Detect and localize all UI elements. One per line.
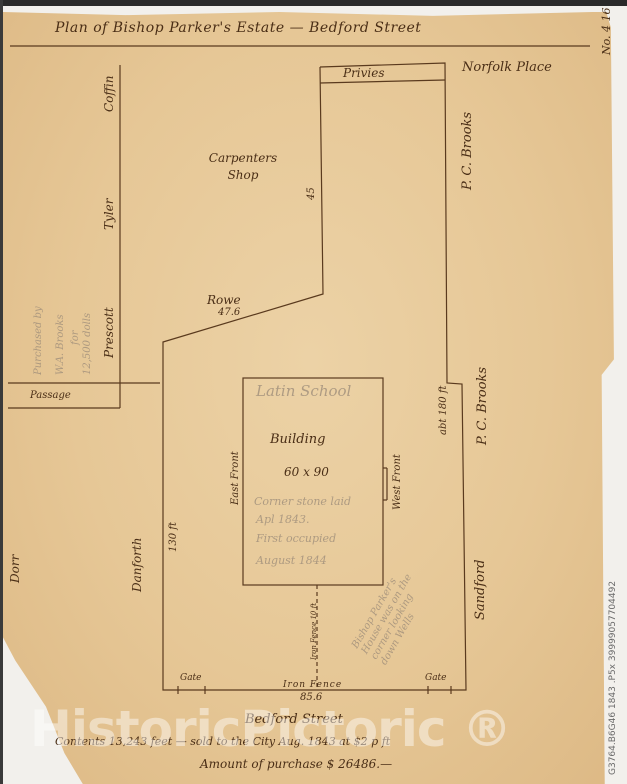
neighbor-danforth: Danforth xyxy=(130,538,144,592)
corner-note: No. 4 16 xyxy=(600,7,613,55)
neighbor-coffin: Coffin xyxy=(102,76,116,112)
iron-fence-label: Iron Fence xyxy=(283,680,342,690)
rowe-label: Rowe xyxy=(207,293,241,307)
neighbor-tyler: Tyler xyxy=(102,199,116,230)
gate-left-label: Gate xyxy=(180,673,202,683)
neighbor-pc-brooks-top: P. C. Brooks xyxy=(460,112,475,190)
building-note-2: Apl 1843. xyxy=(256,513,310,526)
neighbor-dorr: Dorr xyxy=(8,555,22,583)
dim-45: 45 xyxy=(306,187,317,200)
dim-180ft: abt 180 ft xyxy=(438,385,449,435)
passage-label: Passage xyxy=(30,390,71,401)
watermark: HistoricPictoric ® xyxy=(30,700,511,758)
norfolk-place-label: Norfolk Place xyxy=(462,60,552,75)
neighbor-sandford: Sandford xyxy=(473,559,488,620)
building-note-4: August 1844 xyxy=(256,554,327,567)
building-note-1: Corner stone laid xyxy=(254,495,351,508)
iron-fence-vertical-label: Iron Fence 10 ft xyxy=(310,603,318,660)
building-pencil-title: Latin School xyxy=(256,382,351,400)
footer-line-2: Amount of purchase $ 26486.— xyxy=(200,757,392,771)
left-note-2: W.A. Brooks xyxy=(55,314,66,375)
building-label: Building xyxy=(270,432,325,447)
dim-130ft: 130 ft xyxy=(168,522,179,552)
left-note-3: for xyxy=(70,330,81,345)
building-size: 60 x 90 xyxy=(284,465,329,479)
privies-label: Privies xyxy=(343,66,385,80)
east-front-label: East Front xyxy=(230,451,241,505)
neighbor-prescott: Prescott xyxy=(102,307,116,358)
carpenters-shop-label: Carpenters Shop xyxy=(198,150,288,184)
catalog-stamp: G3764.B6G46 1843 .P5x 39999057704492 xyxy=(608,581,618,775)
document-title: Plan of Bishop Parker's Estate — Bedford… xyxy=(55,20,421,36)
left-note-4: 12,500 dolls xyxy=(82,313,93,375)
west-front-label: West Front xyxy=(392,454,403,510)
building-note-3: First occupied xyxy=(256,532,336,545)
neighbor-pc-brooks-mid: P. C. Brooks xyxy=(475,367,490,445)
rowe-dimension: 47.6 xyxy=(218,307,240,318)
gate-right-label: Gate xyxy=(425,673,447,683)
left-note-1: Purchased by xyxy=(33,306,44,375)
